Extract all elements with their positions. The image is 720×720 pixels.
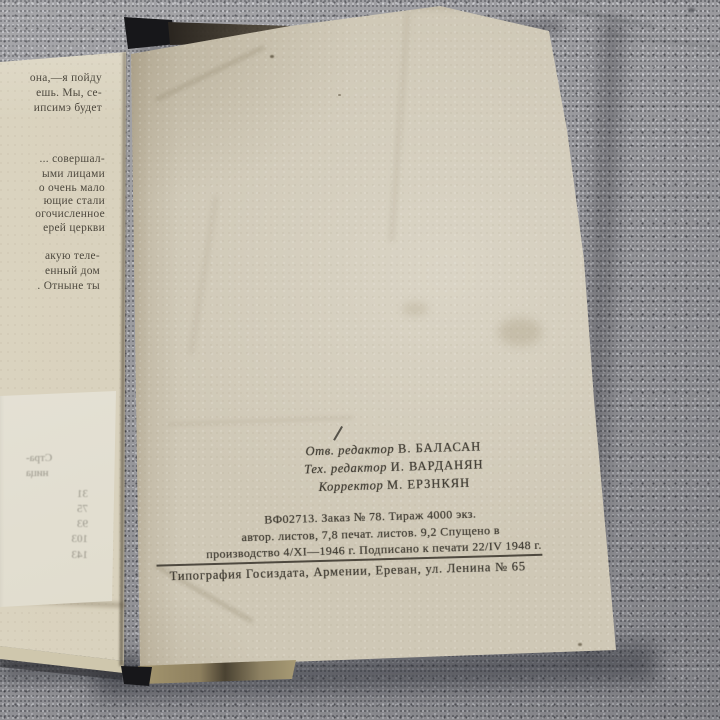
left-page-text-fragment: огочисленное	[35, 208, 105, 220]
editor-role: Отв. редактор	[305, 442, 394, 458]
left-page-text-fragment: акую теле-	[45, 250, 100, 262]
editor-name: И. ВАРДАНЯН	[391, 457, 484, 474]
mirrored-page-number: 93	[10, 518, 102, 530]
left-page-text-fragment: ющие стали	[44, 195, 105, 207]
mirrored-page-number: 31	[10, 488, 102, 500]
book-colophon-photo: она,—я пойду ешь. Мы, се- ипсимэ будет .…	[0, 0, 720, 720]
pencil-slash-mark	[333, 426, 342, 441]
editor-name: В. БАЛАСАН	[398, 439, 482, 455]
left-page-text-fragment: ... совершал-	[39, 153, 105, 165]
mirrored-page-number: 103	[10, 533, 102, 545]
mirrored-header: ница	[10, 467, 102, 479]
left-page-text-fragment: ешь. Мы, се-	[36, 87, 102, 99]
left-page-text-fragment: ипсимэ будет	[34, 102, 102, 114]
left-page-text-fragment: ерей церкви	[43, 222, 105, 234]
left-page-text-fragment: . Отныне ты	[37, 280, 100, 292]
editor-role: Корректор	[318, 478, 383, 494]
left-page-text-fragment: ыми лицами	[42, 168, 105, 180]
editors-block: Отв. редактор В. БАЛАСАН Тех. редактор И…	[233, 435, 554, 498]
mirrored-show-through-text: Стра- ница 31 75 93 103 143	[10, 450, 102, 568]
editor-role: Тех. редактор	[304, 460, 387, 476]
left-page-text-fragment: енный дом	[45, 265, 100, 277]
mirrored-header: Стра-	[10, 452, 102, 464]
floor-dark-fleck	[688, 8, 695, 12]
left-page-text-fragment: о очень мало	[39, 182, 105, 194]
left-page-text-fragment: она,—я пойду	[30, 72, 102, 84]
editor-name: М. ЕРЗНКЯН	[387, 476, 470, 492]
imprint-block: ВФ02713. Заказ № 78. Тираж 4000 экз. авт…	[205, 504, 536, 563]
colophon-text-block: Отв. редактор В. БАЛАСАН Тех. редактор И…	[148, 412, 563, 603]
mirrored-page-number: 75	[10, 503, 102, 515]
mirrored-page-number: 143	[10, 549, 102, 561]
